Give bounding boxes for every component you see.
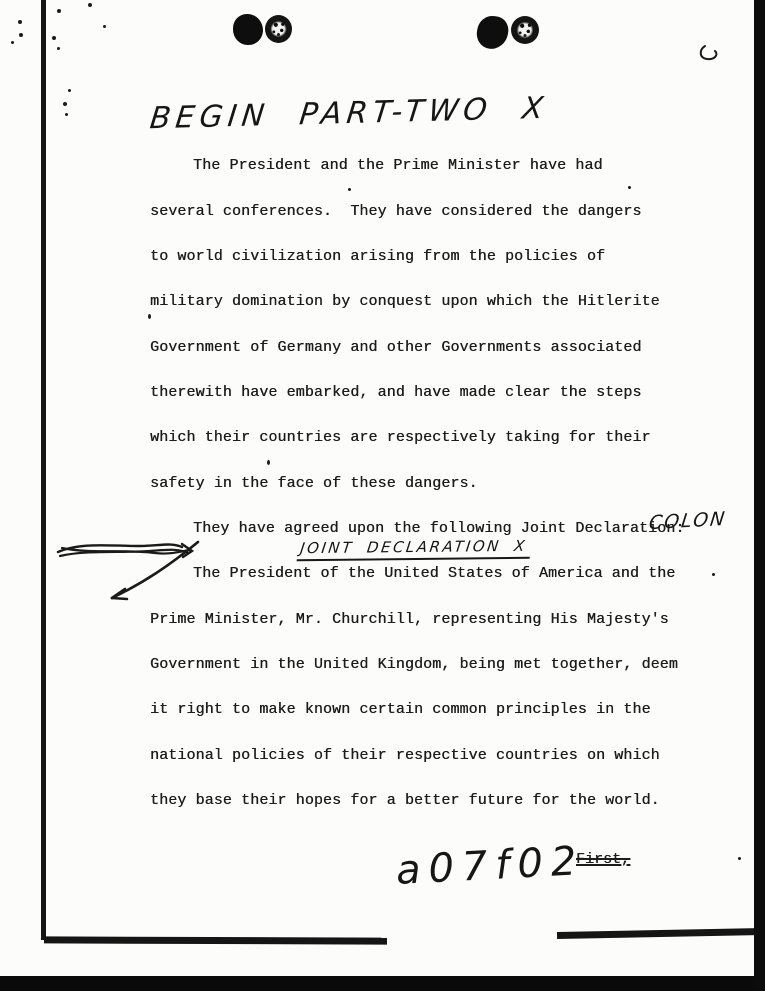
typed-line: military domination by conquest upon whi… — [150, 293, 660, 310]
typed-line: several conferences. They have considere… — [150, 203, 641, 220]
handwritten-begin-part-two: BEGIN PART-TWO X — [148, 91, 550, 137]
typed-line: national policies of their respective co… — [150, 747, 660, 764]
typed-line: safety in the face of these dangers. — [150, 475, 478, 492]
typed-line: which their countries are respectively t… — [150, 429, 651, 446]
typed-line: They have agreed upon the following Join… — [193, 520, 684, 537]
dust-speck — [712, 573, 715, 576]
scan-bottom-edge-left — [44, 936, 387, 944]
dust-speck — [738, 857, 741, 860]
scanned-document-page: BEGIN PART-TWO X The President and the P… — [0, 0, 765, 991]
typed-line: therewith have embarked, and have made c… — [150, 384, 641, 401]
typed-line: they base their hopes for a better futur… — [150, 792, 660, 809]
dust-speck — [57, 47, 60, 50]
scan-left-edge-line — [41, 0, 46, 940]
dust-speck — [18, 20, 22, 24]
typed-line: The President and the Prime Minister hav… — [193, 157, 603, 174]
handwritten-joint-declaration: JOINT DECLARATION X — [297, 537, 533, 561]
typed-line: to world civilization arising from the p… — [150, 248, 605, 265]
scan-bottom-edge-right — [557, 928, 765, 939]
dust-speck — [88, 3, 92, 7]
dust-speck — [57, 9, 61, 13]
handwritten-code: a07f02 — [395, 838, 586, 894]
typed-line: it right to make known certain common pr… — [150, 701, 651, 718]
dust-speck — [63, 102, 67, 106]
punch-mark-ring-left — [265, 15, 292, 43]
dust-speck — [11, 41, 14, 44]
punch-mark-solid-left — [233, 14, 263, 45]
scan-right-black-strip — [754, 0, 765, 991]
dust-speck — [267, 460, 270, 465]
punch-mark-ring-right — [511, 16, 539, 44]
scan-bottom-black-band — [0, 976, 765, 991]
handwritten-colon-note: COLON — [648, 508, 728, 534]
dust-speck — [19, 33, 23, 37]
typed-line: Prime Minister, Mr. Churchill, represent… — [150, 611, 669, 628]
dust-speck — [628, 186, 631, 189]
punch-mark-solid-right — [475, 14, 510, 51]
dust-speck — [65, 113, 68, 116]
typed-line: Government in the United Kingdom, being … — [150, 656, 678, 673]
dust-speck — [348, 188, 351, 191]
dust-speck — [52, 36, 56, 40]
dust-speck — [148, 314, 151, 319]
typed-line: The President of the United States of Am… — [193, 565, 675, 582]
dust-speck — [103, 25, 106, 28]
dust-speck — [68, 89, 71, 92]
handwritten-squiggle-mark — [695, 40, 727, 70]
typed-line: Government of Germany and other Governme… — [150, 339, 641, 356]
